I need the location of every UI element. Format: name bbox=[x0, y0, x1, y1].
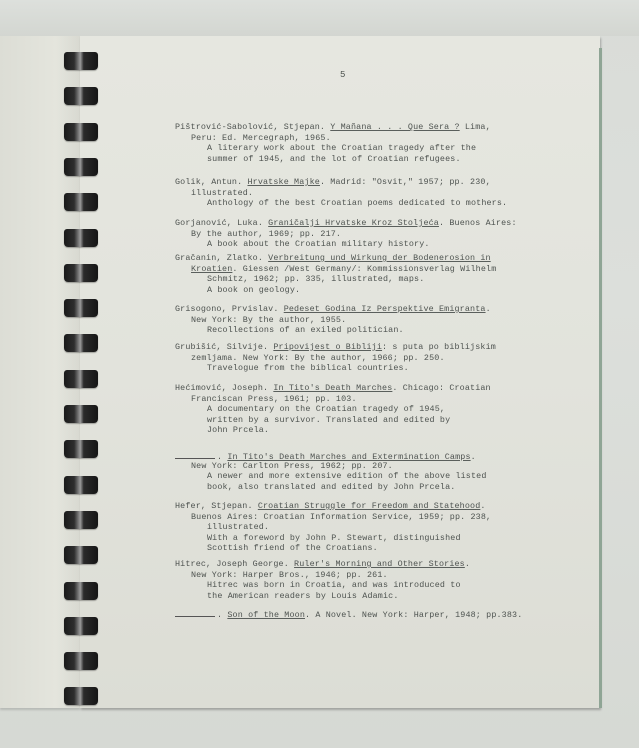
binding-coil bbox=[64, 476, 98, 494]
entry-text: Gračanin, Zlatko. bbox=[175, 253, 268, 263]
entry-text: illustrated. bbox=[207, 522, 269, 532]
entry-text: A documentary on the Croatian tragedy of… bbox=[207, 404, 445, 414]
bibliography-entry: Pištrović-Sabolović, Stjepan. Y Mañana .… bbox=[175, 122, 575, 164]
entry-text: . bbox=[217, 610, 227, 620]
binding-coil bbox=[64, 617, 98, 635]
back-cover-edge bbox=[599, 48, 602, 708]
binding-coil bbox=[64, 405, 98, 423]
bibliography-entry: Grubišić, Silvije. Pripovijest o Bibliji… bbox=[175, 342, 575, 374]
bibliography-entry: Hitrec, Joseph George. Ruler's Morning a… bbox=[175, 559, 575, 601]
entry-text: Scottish friend of the Croatians. bbox=[207, 543, 378, 553]
entry-text: Anthology of the best Croatian poems ded… bbox=[207, 198, 507, 208]
work-title: Croatian Struggle for Freedom and Stateh… bbox=[258, 501, 481, 511]
work-title: Pedeset Godina Iz Perspektive Emigranta bbox=[284, 304, 486, 314]
binding-coil bbox=[64, 334, 98, 352]
entry-text: . A Novel. New York: Harper, 1948; pp.38… bbox=[305, 610, 522, 620]
binding-coil bbox=[64, 687, 98, 705]
entry-text: . Chicago: Croatian bbox=[392, 383, 490, 393]
page-number: 5 bbox=[340, 70, 346, 81]
work-title: Ruler's Morning and Other Stories bbox=[294, 559, 465, 569]
ditto-rule bbox=[175, 608, 215, 617]
work-title: Graničalji Hrvatske Kroz Stoljeća bbox=[268, 218, 439, 228]
binding-coil bbox=[64, 87, 98, 105]
entry-text: . Madrid: "Osvit," 1957; pp. 230, bbox=[320, 177, 491, 187]
binding-coil bbox=[64, 582, 98, 600]
binding-coil bbox=[64, 229, 98, 247]
bibliography-entry: Grisogono, Prvislav. Pedeset Godina Iz P… bbox=[175, 304, 575, 336]
entry-text: Hitrec, Joseph George. bbox=[175, 559, 294, 569]
binding-coil bbox=[64, 370, 98, 388]
entry-text: written by a survivor. Translated and ed… bbox=[207, 415, 450, 425]
entry-text: the American readers by Louis Adamic. bbox=[207, 591, 399, 601]
entry-text: By the author, 1969; pp. 217. bbox=[191, 229, 341, 239]
entry-text: . bbox=[486, 304, 491, 314]
bibliography-entry: . In Tito's Death Marches and Exterminat… bbox=[175, 450, 575, 492]
entry-text: A book about the Croatian military histo… bbox=[207, 239, 430, 249]
bibliography-entry: Hećimović, Joseph. In Tito's Death March… bbox=[175, 383, 575, 436]
bibliography-entry: Gračanin, Zlatko. Verbreitung und Wirkun… bbox=[175, 253, 575, 295]
entry-text: Hefer, Stjepan. bbox=[175, 501, 258, 511]
entry-text: : s puta po biblijskim bbox=[382, 342, 496, 352]
bibliography-entry: Gorjanović, Luka. Graničalji Hrvatske Kr… bbox=[175, 218, 575, 250]
binding-coil bbox=[64, 440, 98, 458]
work-title: Son of the Moon bbox=[227, 610, 305, 620]
ditto-rule bbox=[175, 450, 215, 459]
entry-text: New York: Carlton Press, 1962; pp. 207. bbox=[191, 461, 393, 471]
backdrop bbox=[0, 0, 639, 36]
entry-text: Pištrović-Sabolović, Stjepan. bbox=[175, 122, 330, 132]
binding-coil bbox=[64, 299, 98, 317]
binding-coil bbox=[64, 652, 98, 670]
bibliography-entry: Golik, Antun. Hrvatske Majke. Madrid: "O… bbox=[175, 177, 575, 209]
entry-text: illustrated. bbox=[191, 188, 253, 198]
binding-coil bbox=[64, 511, 98, 529]
entry-text: Schmitz, 1962; pp. 335, illustrated, map… bbox=[207, 274, 424, 284]
binding-coil bbox=[64, 123, 98, 141]
entry-text: Lima, bbox=[460, 122, 491, 132]
entry-text: Grisogono, Prvislav. bbox=[175, 304, 284, 314]
entry-text: With a foreword by John P. Stewart, dist… bbox=[207, 533, 461, 543]
entry-text: . bbox=[465, 559, 470, 569]
bibliography-entry: Hefer, Stjepan. Croatian Struggle for Fr… bbox=[175, 501, 575, 554]
binding-coil bbox=[64, 264, 98, 282]
work-title: Y Mañana . . . Que Sera ? bbox=[330, 122, 459, 132]
binding-coil bbox=[64, 158, 98, 176]
binding-coil bbox=[64, 193, 98, 211]
binding-coil bbox=[64, 52, 98, 70]
work-title: Kroatien bbox=[191, 264, 232, 274]
entry-text: zemljama. New York: By the author, 1966;… bbox=[191, 353, 445, 363]
work-title: Pripovijest o Bibliji bbox=[273, 342, 382, 352]
entry-text: Buenos Aires: Croatian Information Servi… bbox=[191, 512, 491, 522]
entry-text: summer of 1945, and the lot of Croatian … bbox=[207, 154, 461, 164]
work-title: Hrvatske Majke bbox=[247, 177, 319, 187]
entry-text: Hitrec was born in Croatia, and was intr… bbox=[207, 580, 461, 590]
entry-text: John Prcela. bbox=[207, 425, 269, 435]
entry-text: . bbox=[480, 501, 485, 511]
entry-text: Grubišić, Silvije. bbox=[175, 342, 273, 352]
work-title: Verbreitung und Wirkung der Bodenerosion… bbox=[268, 253, 491, 263]
entry-text: Recollections of an exiled politician. bbox=[207, 325, 404, 335]
entry-text: . Giessen /West Germany/: Kommissionsver… bbox=[232, 264, 496, 274]
entry-text: book, also translated and edited by John… bbox=[207, 482, 455, 492]
work-title: In Tito's Death Marches bbox=[273, 383, 392, 393]
entry-text: Gorjanović, Luka. bbox=[175, 218, 268, 228]
entry-text: . Buenos Aires: bbox=[439, 218, 517, 228]
entry-text: Peru: Ed. Mercegraph, 1965. bbox=[191, 133, 331, 143]
entry-text: Hećimović, Joseph. bbox=[175, 383, 273, 393]
entry-text: Travelogue from the biblical countries. bbox=[207, 363, 409, 373]
entry-text: New York: By the author, 1955. bbox=[191, 315, 346, 325]
entry-text: A newer and more extensive edition of th… bbox=[207, 471, 487, 481]
entry-text: Franciscan Press, 1961; pp. 103. bbox=[191, 394, 357, 404]
binding-coil bbox=[64, 546, 98, 564]
entry-text: Golik, Antun. bbox=[175, 177, 247, 187]
entry-text: A book on geology. bbox=[207, 285, 300, 295]
entry-text: A literary work about the Croatian trage… bbox=[207, 143, 476, 153]
entry-text: . bbox=[471, 452, 476, 462]
entry-text: New York: Harper Bros., 1946; pp. 261. bbox=[191, 570, 388, 580]
bibliography-entry: . Son of the Moon. A Novel. New York: Ha… bbox=[175, 608, 575, 619]
